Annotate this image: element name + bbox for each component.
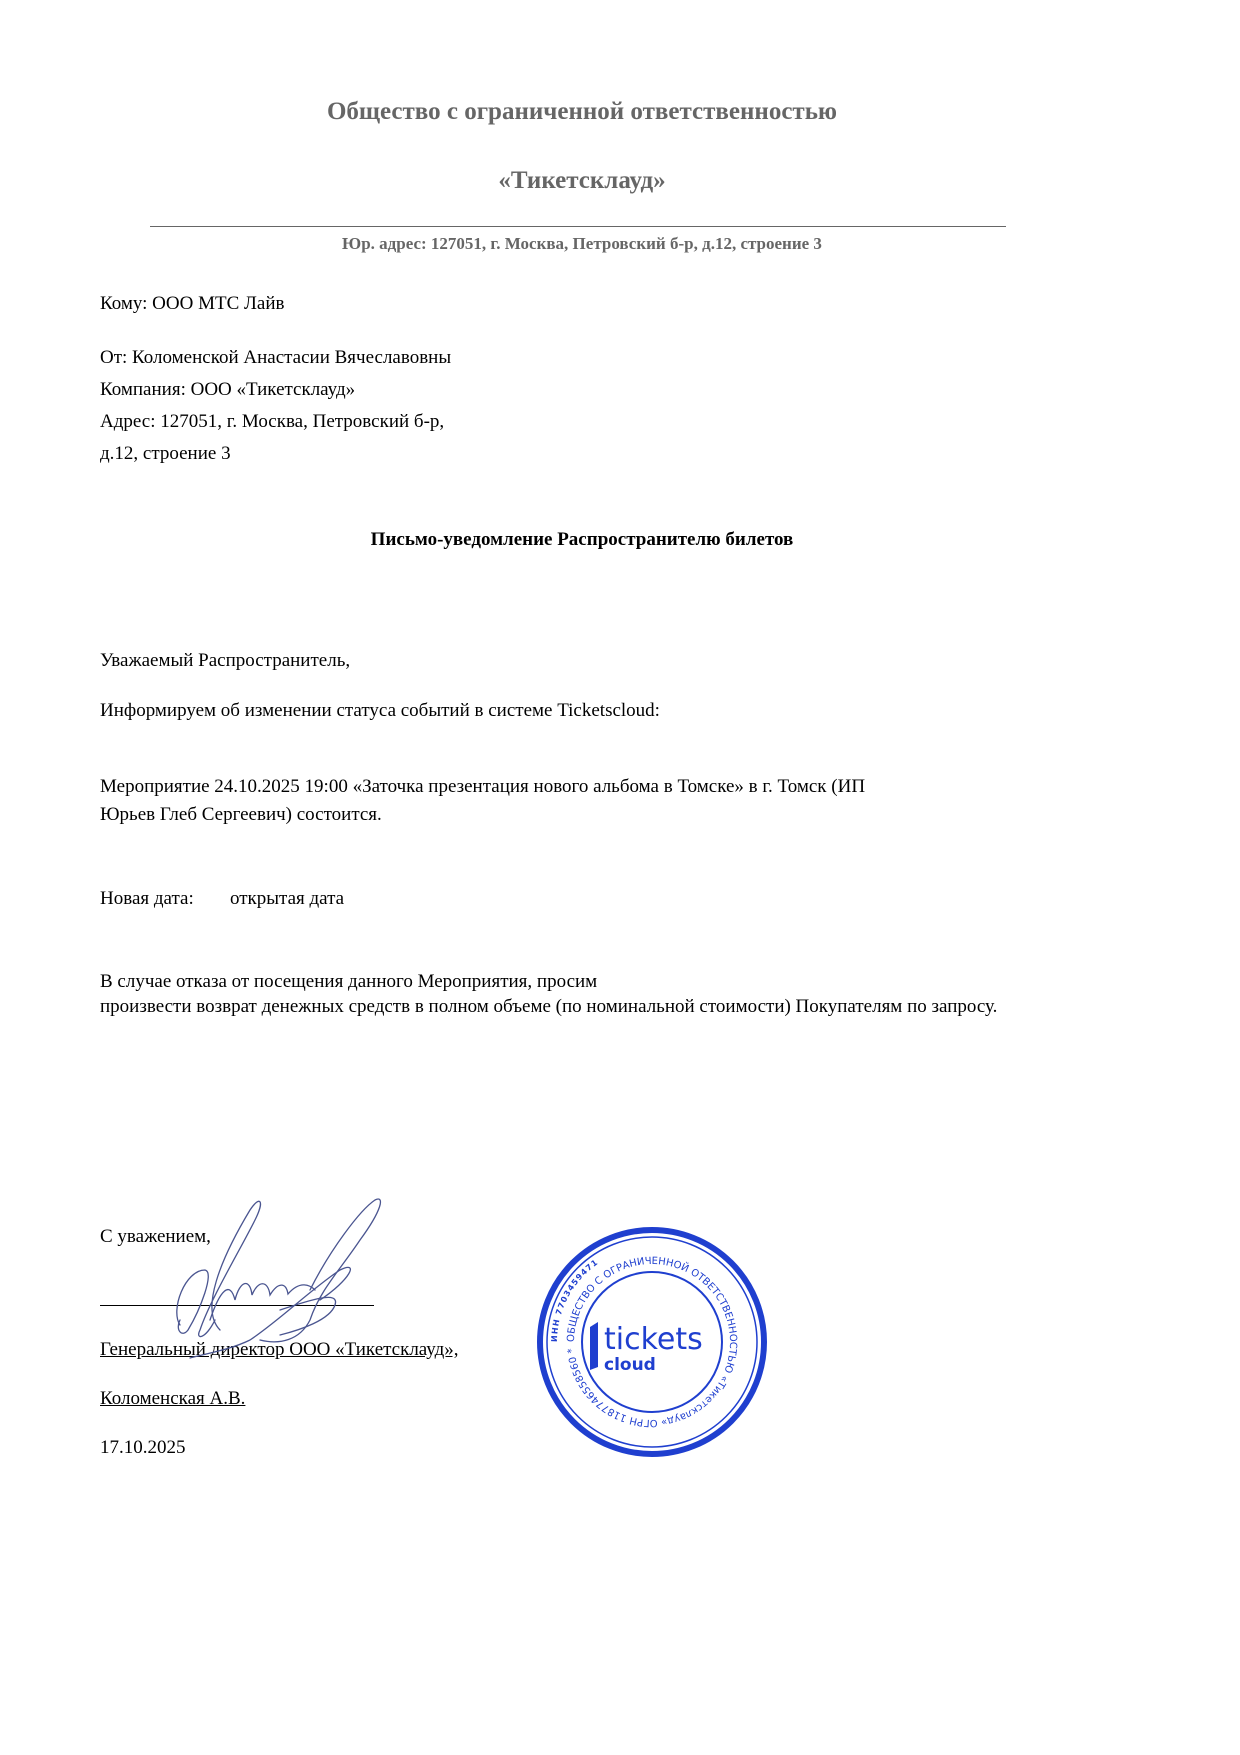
- legal-address: Юр. адрес: 127051, г. Москва, Петровский…: [0, 234, 1164, 254]
- event-line2: Юрьев Глеб Сергеевич) состоится.: [100, 799, 382, 831]
- handwritten-signature: [160, 1190, 400, 1360]
- new-date-value: открытая дата: [230, 883, 344, 915]
- stamp-logo-tickets: tickets: [604, 1322, 703, 1357]
- letter-subject: Письмо-уведомление Распространителю биле…: [0, 529, 1164, 551]
- company-name-line2: «Тикетсклауд»: [0, 167, 1164, 195]
- greeting: Уважаемый Распространитель,: [100, 645, 350, 677]
- refund-line2: произвести возврат денежных средств в по…: [100, 991, 997, 1023]
- sender-address-line1: Адрес: 127051, г. Москва, Петровский б-р…: [100, 406, 444, 438]
- company-name-line1: Общество с ограниченной ответственностью: [0, 98, 1164, 126]
- new-date-label: Новая дата:: [100, 883, 194, 915]
- ticket-logo-icon: [590, 1322, 598, 1370]
- sender: От: Коломенской Анастасии Вячеславовны: [100, 342, 451, 374]
- sender-company: Компания: ООО «Тикетсклауд»: [100, 374, 355, 406]
- recipient: Кому: ООО МТС Лайв: [100, 288, 284, 320]
- header-divider: [150, 226, 1006, 227]
- company-stamp: ИНН 7703459471 ОБЩЕСТВО С ОГРАНИЧЕННОЙ О…: [532, 1222, 772, 1462]
- signer-name: Коломенская А.В.: [100, 1383, 245, 1415]
- stamp-logo-cloud: cloud: [604, 1355, 656, 1375]
- sender-address-line2: д.12, строение 3: [100, 438, 231, 470]
- intro-text: Информируем об изменении статуса событий…: [100, 695, 660, 727]
- letter-date: 17.10.2025: [100, 1432, 186, 1464]
